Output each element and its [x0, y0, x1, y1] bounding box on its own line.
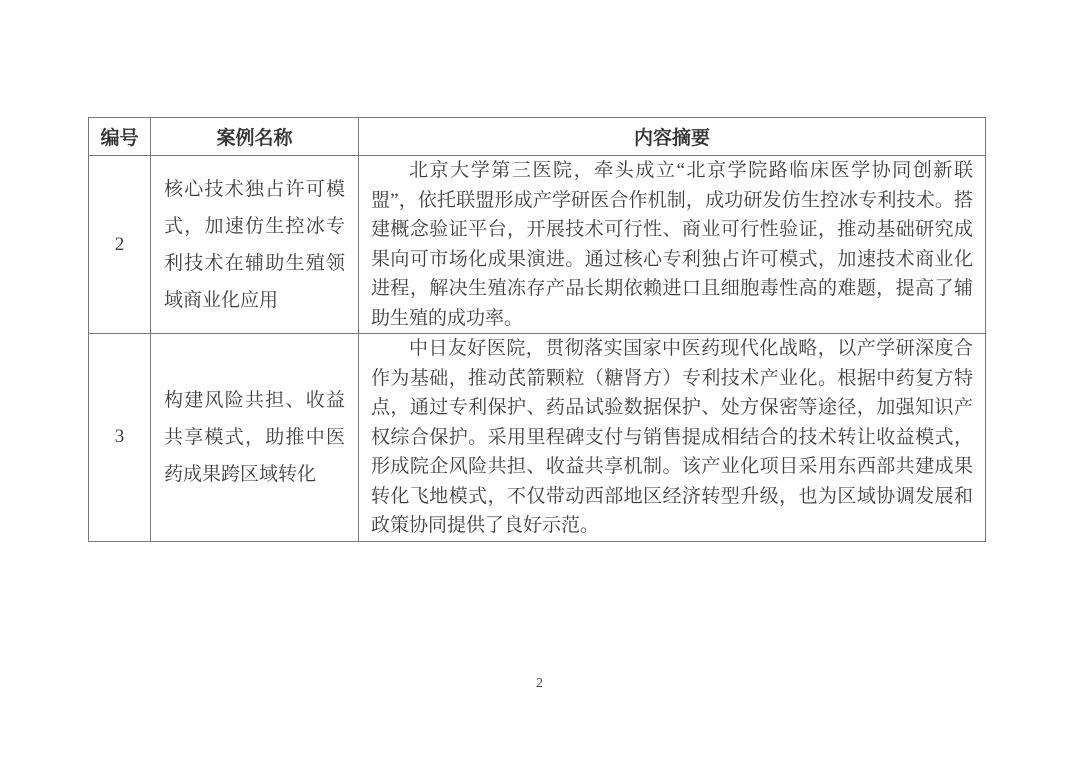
table-row: 3 构建风险共担、收益共享模式，助推中医药成果跨区域转化 中日友好医院，贯彻落实…: [89, 334, 986, 542]
header-case-number: 编号: [89, 118, 151, 156]
case-number: 3: [89, 334, 151, 542]
table-header-row: 编号 案例名称 内容摘要: [89, 118, 986, 156]
case-summary: 北京大学第三医院，牵头成立“北京学院路临床医学协同创新联盟”，依托联盟形成产学研…: [359, 156, 986, 334]
case-summary: 中日友好医院，贯彻落实国家中医药现代化战略，以产学研深度合作为基础，推动芪箭颗粒…: [359, 334, 986, 542]
header-content-summary: 内容摘要: [359, 118, 986, 156]
case-summary-table: 编号 案例名称 内容摘要 2 核心技术独占许可模式，加速仿生控冰专利技术在辅助生…: [88, 117, 986, 542]
page-number: 2: [0, 676, 1079, 692]
table-row: 2 核心技术独占许可模式，加速仿生控冰专利技术在辅助生殖领域商业化应用 北京大学…: [89, 156, 986, 334]
header-case-name: 案例名称: [151, 118, 359, 156]
case-name: 核心技术独占许可模式，加速仿生控冰专利技术在辅助生殖领域商业化应用: [151, 156, 359, 334]
case-number: 2: [89, 156, 151, 334]
case-name: 构建风险共担、收益共享模式，助推中医药成果跨区域转化: [151, 334, 359, 542]
